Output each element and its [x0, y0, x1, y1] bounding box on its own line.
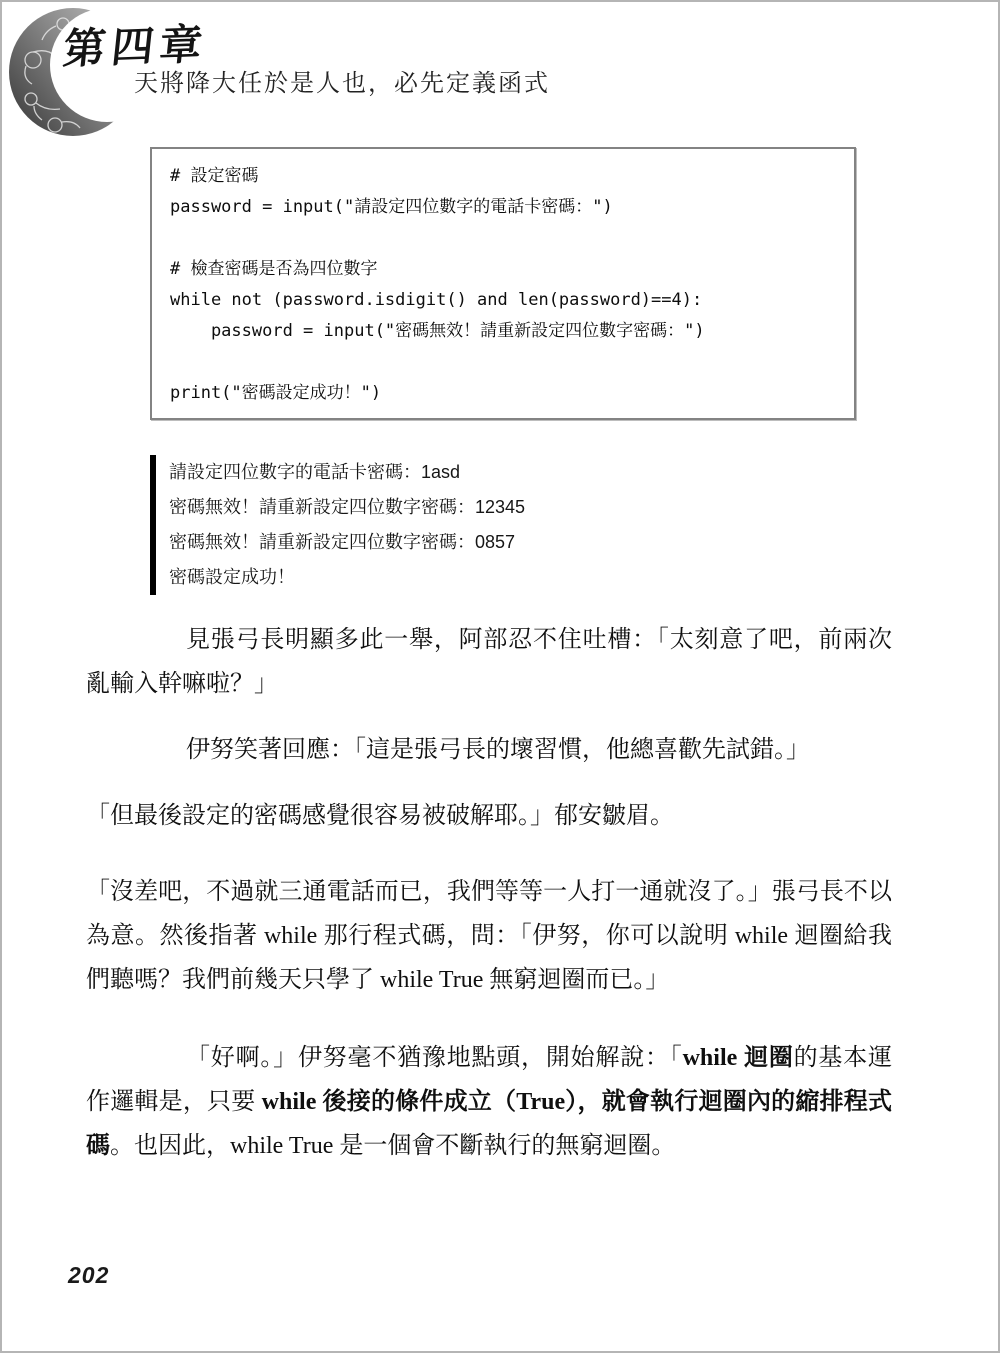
code-listing: # 設定密碼 password = input("請設定四位數字的電話卡密碼："… — [170, 161, 836, 409]
console-output-line: 密碼設定成功！ — [169, 560, 899, 595]
plain-text: 「好啊。」伊努毫不猶豫地點頭，開始解說：「 — [186, 1045, 683, 1071]
console-output-block: 請設定四位數字的電話卡密碼：1asd密碼無效！請重新設定四位數字密碼：12345… — [150, 455, 899, 595]
plain-text: 見張弓長明顯多此一舉，阿部忍不住吐槽：「太刻意了吧，前兩次亂輸入幹嘛啦？」 — [86, 627, 892, 697]
console-output-line: 請設定四位數字的電話卡密碼：1asd — [169, 455, 899, 490]
story-paragraph: 「但最後設定的密碼感覺很容易被破解耶。」郁安皺眉。 — [86, 794, 892, 838]
emphasis-text: while 迴圈 — [683, 1045, 794, 1071]
plain-text: 「但最後設定的密碼感覺很容易被破解耶。」郁安皺眉。 — [86, 803, 674, 829]
story-text: 見張弓長明顯多此一舉，阿部忍不住吐槽：「太刻意了吧，前兩次亂輸入幹嘛啦？」伊努笑… — [86, 618, 892, 1190]
story-paragraph: 見張弓長明顯多此一舉，阿部忍不住吐槽：「太刻意了吧，前兩次亂輸入幹嘛啦？」 — [86, 618, 892, 706]
page-number: 202 — [68, 1262, 109, 1289]
console-output-line: 密碼無效！請重新設定四位數字密碼：12345 — [169, 490, 899, 525]
console-output-line: 密碼無效！請重新設定四位數字密碼：0857 — [169, 525, 899, 560]
code-listing-box: # 設定密碼 password = input("請設定四位數字的電話卡密碼："… — [150, 147, 856, 420]
story-paragraph: 「沒差吧，不過就三通電話而已，我們等等一人打一通就沒了。」張弓長不以為意。然後指… — [86, 870, 892, 1002]
story-paragraph: 伊努笑著回應：「這是張弓長的壞習慣，他總喜歡先試錯。」 — [86, 728, 892, 772]
plain-text: 。也因此，while True 是一個會不斷執行的無窮迴圈。 — [110, 1133, 675, 1159]
book-page: 第四章 天將降大任於是人也，必先定義函式 # 設定密碼 password = i… — [0, 0, 1000, 1353]
story-paragraph: 「好啊。」伊努毫不猶豫地點頭，開始解說：「while 迴圈的基本運作邏輯是，只要… — [86, 1036, 892, 1168]
chapter-subtitle: 天將降大任於是人也，必先定義函式 — [134, 63, 550, 98]
plain-text: 伊努笑著回應：「這是張弓長的壞習慣，他總喜歡先試錯。」 — [186, 737, 810, 763]
plain-text: 「沒差吧，不過就三通電話而已，我們等等一人打一通就沒了。」張弓長不以為意。然後指… — [86, 879, 892, 993]
